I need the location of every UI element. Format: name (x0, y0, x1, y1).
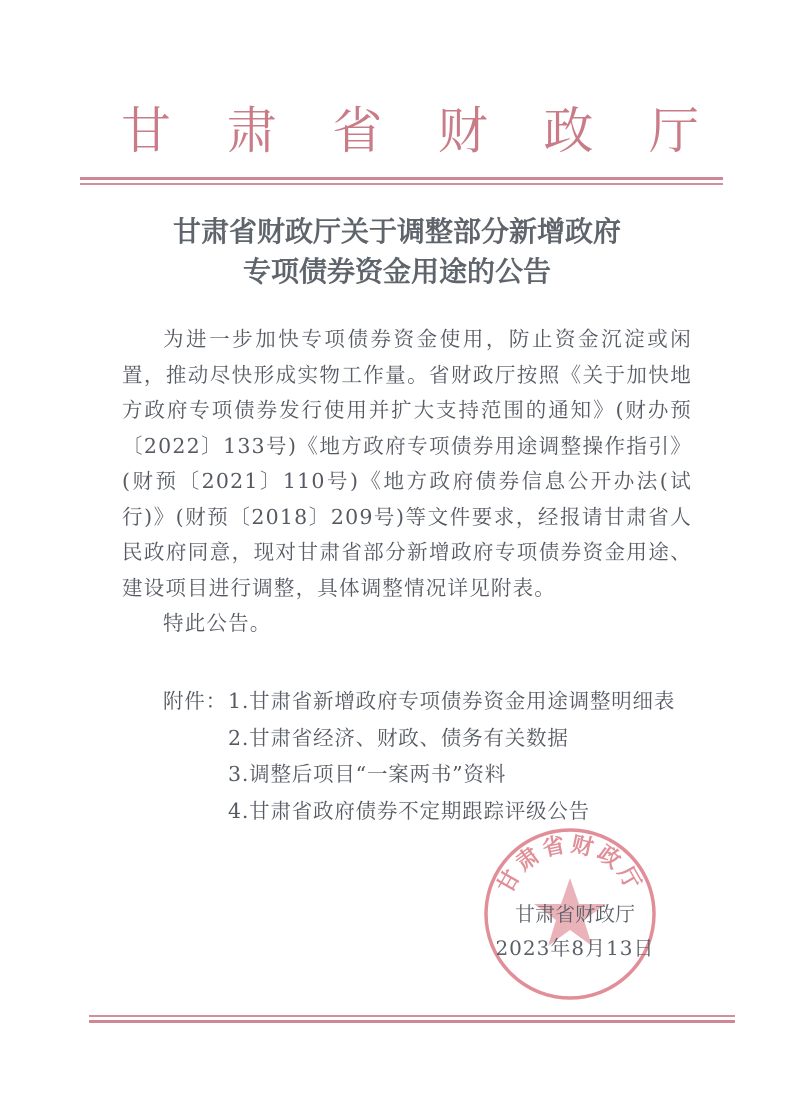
attachment-item: 附件： 1.甘肃省新增政府专项债券资金用途调整明细表 (163, 683, 703, 720)
notice-title-line1: 甘肃省财政厅关于调整部分新增政府 (0, 212, 794, 252)
letterhead-char: 肃 (226, 101, 278, 161)
letterhead-char: 财 (437, 101, 489, 161)
attachment-title: 1.甘肃省新增政府专项债券资金用途调整明细表 (228, 683, 675, 720)
letterhead-org-name: 甘 肃 省 财 政 厅 (90, 98, 730, 164)
footer-divider-thin (89, 1015, 735, 1017)
signature-block: 甘肃省财政厅 2023年8月13日 (470, 897, 680, 965)
attachment-title: 2.甘肃省经济、财政、债务有关数据 (228, 720, 569, 757)
notice-title: 甘肃省财政厅关于调整部分新增政府 专项债券资金用途的公告 (0, 212, 794, 292)
attachments-list: 附件： 1.甘肃省新增政府专项债券资金用途调整明细表 2.甘肃省经济、财政、债务… (163, 683, 703, 829)
letterhead-char: 省 (331, 101, 383, 161)
header-divider-thin (80, 183, 723, 185)
notice-title-line2: 专项债券资金用途的公告 (0, 252, 794, 292)
letterhead-char: 甘 (120, 101, 172, 161)
footer-divider-thick (89, 1020, 735, 1023)
attachment-item: 2.甘肃省经济、财政、债务有关数据 (163, 720, 703, 757)
signature-date: 2023年8月13日 (470, 931, 680, 965)
attachment-item: 3.调整后项目“一案两书”资料 (163, 756, 703, 793)
attachment-item: 4.甘肃省政府债券不定期跟踪评级公告 (163, 793, 703, 830)
attachment-title: 4.甘肃省政府债券不定期跟踪评级公告 (228, 793, 590, 830)
closing-statement: 特此公告。 (122, 606, 692, 642)
notice-body: 为进一步加快专项债券资金使用，防止资金沉淀或闲置，推动尽快形成实物工作量。省财政… (122, 322, 692, 642)
letterhead-char: 厅 (648, 101, 700, 161)
attachments-label: 附件： (163, 683, 228, 720)
signature-org: 甘肃省财政厅 (470, 897, 680, 931)
attachment-title: 3.调整后项目“一案两书”资料 (228, 756, 506, 793)
header-divider-thick (80, 177, 723, 180)
letterhead-char: 政 (542, 101, 594, 161)
body-paragraph: 为进一步加快专项债券资金使用，防止资金沉淀或闲置，推动尽快形成实物工作量。省财政… (122, 322, 692, 606)
